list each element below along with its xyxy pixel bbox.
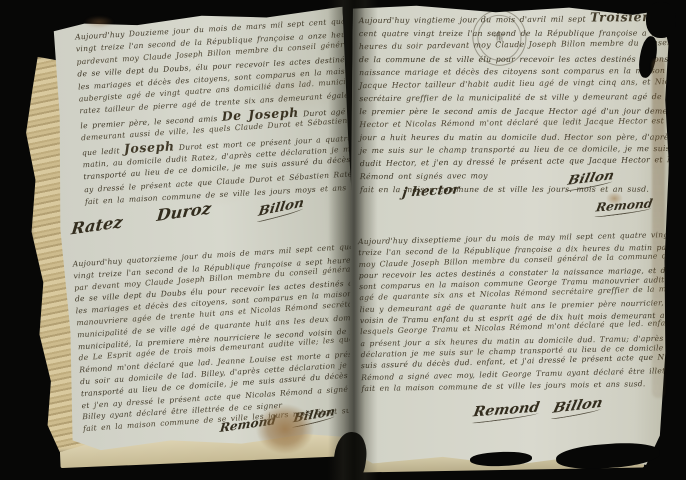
manuscript-line: secrétaire greffier de la municipalité d… — [359, 90, 667, 105]
edge-discoloration — [652, 58, 665, 398]
manuscript-scan: Aujourd'huy Douzieme jour du mois de mar… — [0, 0, 686, 480]
signature-ratez: Ratez — [70, 212, 123, 238]
manuscript-line: Aujourd'huy vingtieme jour du mois d'avr… — [359, 10, 667, 27]
right-page: ⚜ Aujourd'huy vingtieme jour du mois d'a… — [347, 4, 671, 468]
burn-damage — [646, 2, 676, 38]
manuscript-line: Hector et Nicolas Rémond m'ont déclaré q… — [359, 114, 667, 131]
death-record-entry-3: Aujourd'huy vingtieme jour du mois d'avr… — [359, 10, 668, 196]
signature-billon: Billon — [257, 195, 305, 221]
death-record-entry-4: Aujourd'huy dixseptieme jour du mois de … — [358, 229, 668, 394]
manuscript-line: jour a huit heures du matin au domicile … — [360, 131, 668, 145]
manuscript-line: de la commune de st ville élu pour recev… — [359, 53, 667, 67]
signature-hector: j hector — [401, 182, 460, 200]
ink-stain — [256, 404, 314, 454]
ink-stain-small — [606, 192, 623, 205]
manuscript-line: heures du soir pardevant moy Claude Jose… — [359, 36, 667, 53]
death-record-entry-2: Aujourd'huy quatorzieme jour du mois de … — [72, 241, 361, 435]
manuscript-line: Rémond ont signés avec moy — [360, 168, 668, 183]
death-record-entry-1: Aujourd'huy Douzieme jour du mois de mar… — [75, 16, 349, 209]
signature-billon: Billon — [551, 395, 605, 419]
signature-remond: Remond — [594, 196, 653, 216]
foxing-stain — [84, 16, 114, 28]
signature-remond: Remond — [472, 400, 541, 423]
left-page: Aujourd'huy Douzieme jour du mois de mar… — [49, 7, 365, 454]
